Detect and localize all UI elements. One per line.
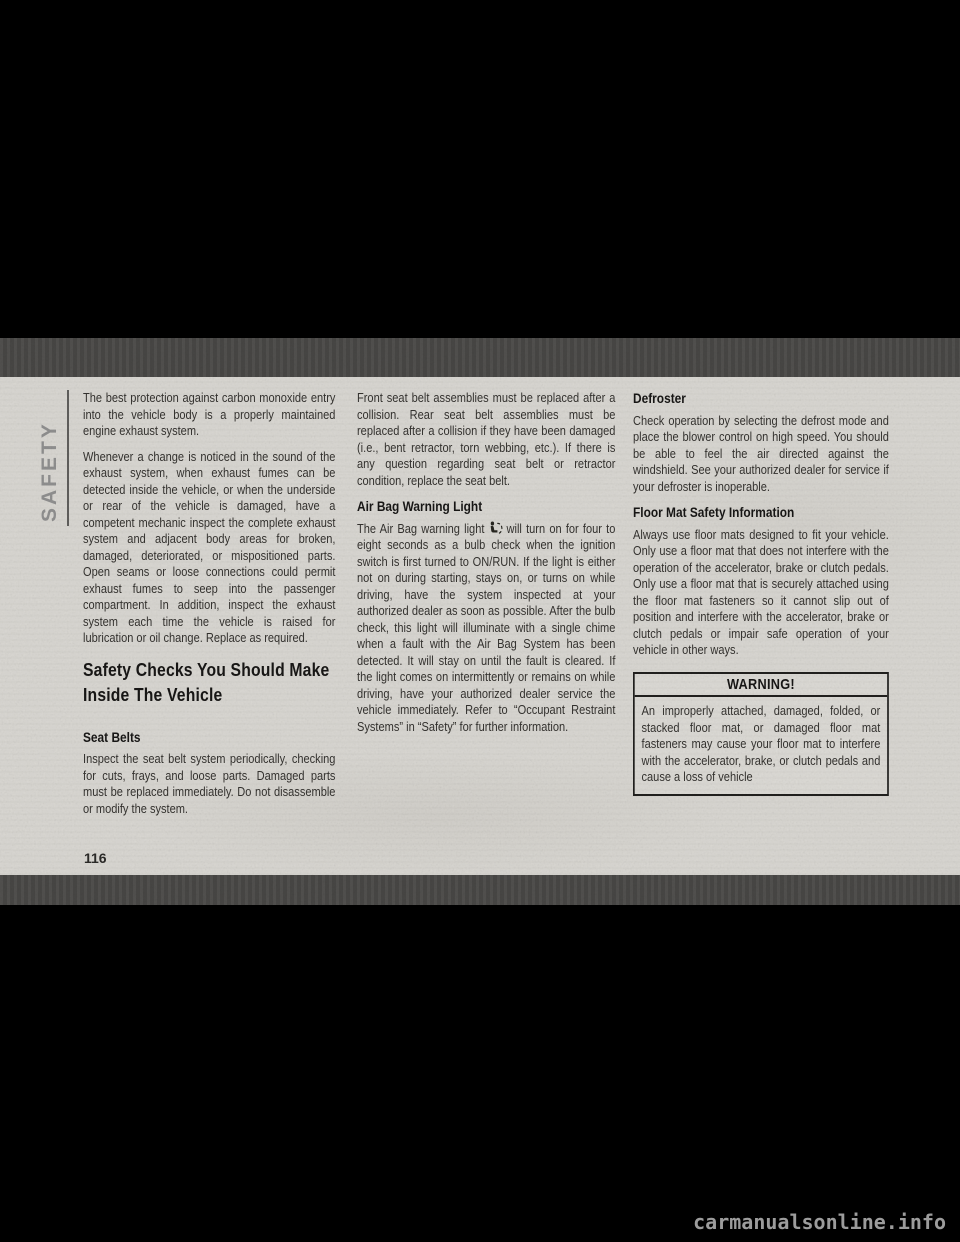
page-top-edge-texture: [0, 338, 960, 377]
column-right: Defroster Check operation by selecting t…: [633, 390, 889, 796]
section-heading-line-2: Inside The Vehicle: [83, 682, 335, 707]
paragraph-defroster: Check operation by selecting the defrost…: [633, 413, 889, 496]
subheading-floor-mat-safety: Floor Mat Safety Information: [633, 504, 889, 521]
page-bottom-edge-texture: [0, 875, 960, 905]
subheading-seat-belts: Seat Belts: [83, 729, 335, 746]
paragraph-air-bag-warning-light: The Air Bag warning lightwill turn on fo…: [357, 521, 615, 736]
warning-body-text: An improperly attached, damaged, folded,…: [642, 703, 881, 786]
section-heading-line-1: Safety Checks You Should Make: [83, 657, 335, 682]
top-letterbox: [0, 0, 960, 338]
subheading-air-bag-warning-light: Air Bag Warning Light: [357, 498, 615, 515]
subheading-defroster: Defroster: [633, 390, 889, 407]
paragraph-exhaust-inspection: Whenever a change is noticed in the soun…: [83, 449, 335, 647]
safety-tab-label: SAFETY: [38, 388, 62, 522]
air-bag-text-after-icon: will turn on for four to eight seconds a…: [357, 521, 615, 734]
column-left: The best protection against carbon monox…: [83, 390, 335, 826]
paragraph-seat-belt-inspection: Inspect the seat belt system periodicall…: [83, 751, 335, 817]
air-bag-text-before-icon: The Air Bag warning light: [357, 521, 484, 536]
page-number: 116: [84, 850, 107, 866]
column-middle: Front seat belt assemblies must be repla…: [357, 390, 615, 744]
paragraph-carbon-monoxide: The best protection against carbon monox…: [83, 390, 335, 440]
section-heading-safety-checks: Safety Checks You Should Make Inside The…: [83, 657, 335, 707]
watermark: carmanualsonline.info: [693, 1210, 946, 1234]
screenshot-root: SAFETY The best protection against carbo…: [0, 0, 960, 1242]
warning-title: WARNING!: [635, 674, 887, 698]
bottom-letterbox: carmanualsonline.info: [0, 905, 960, 1242]
manual-page: SAFETY The best protection against carbo…: [0, 377, 960, 875]
paragraph-seat-belt-replacement: Front seat belt assemblies must be repla…: [357, 390, 615, 489]
safety-chapter-tab: SAFETY: [38, 388, 69, 528]
paragraph-floor-mats: Always use floor mats designed to fit yo…: [633, 527, 889, 659]
warning-box: WARNING! An improperly attached, damaged…: [633, 672, 889, 796]
safety-tab-divider: [67, 390, 69, 526]
airbag-warning-light-icon: [488, 521, 503, 535]
warning-body-container: An improperly attached, damaged, folded,…: [635, 697, 887, 794]
